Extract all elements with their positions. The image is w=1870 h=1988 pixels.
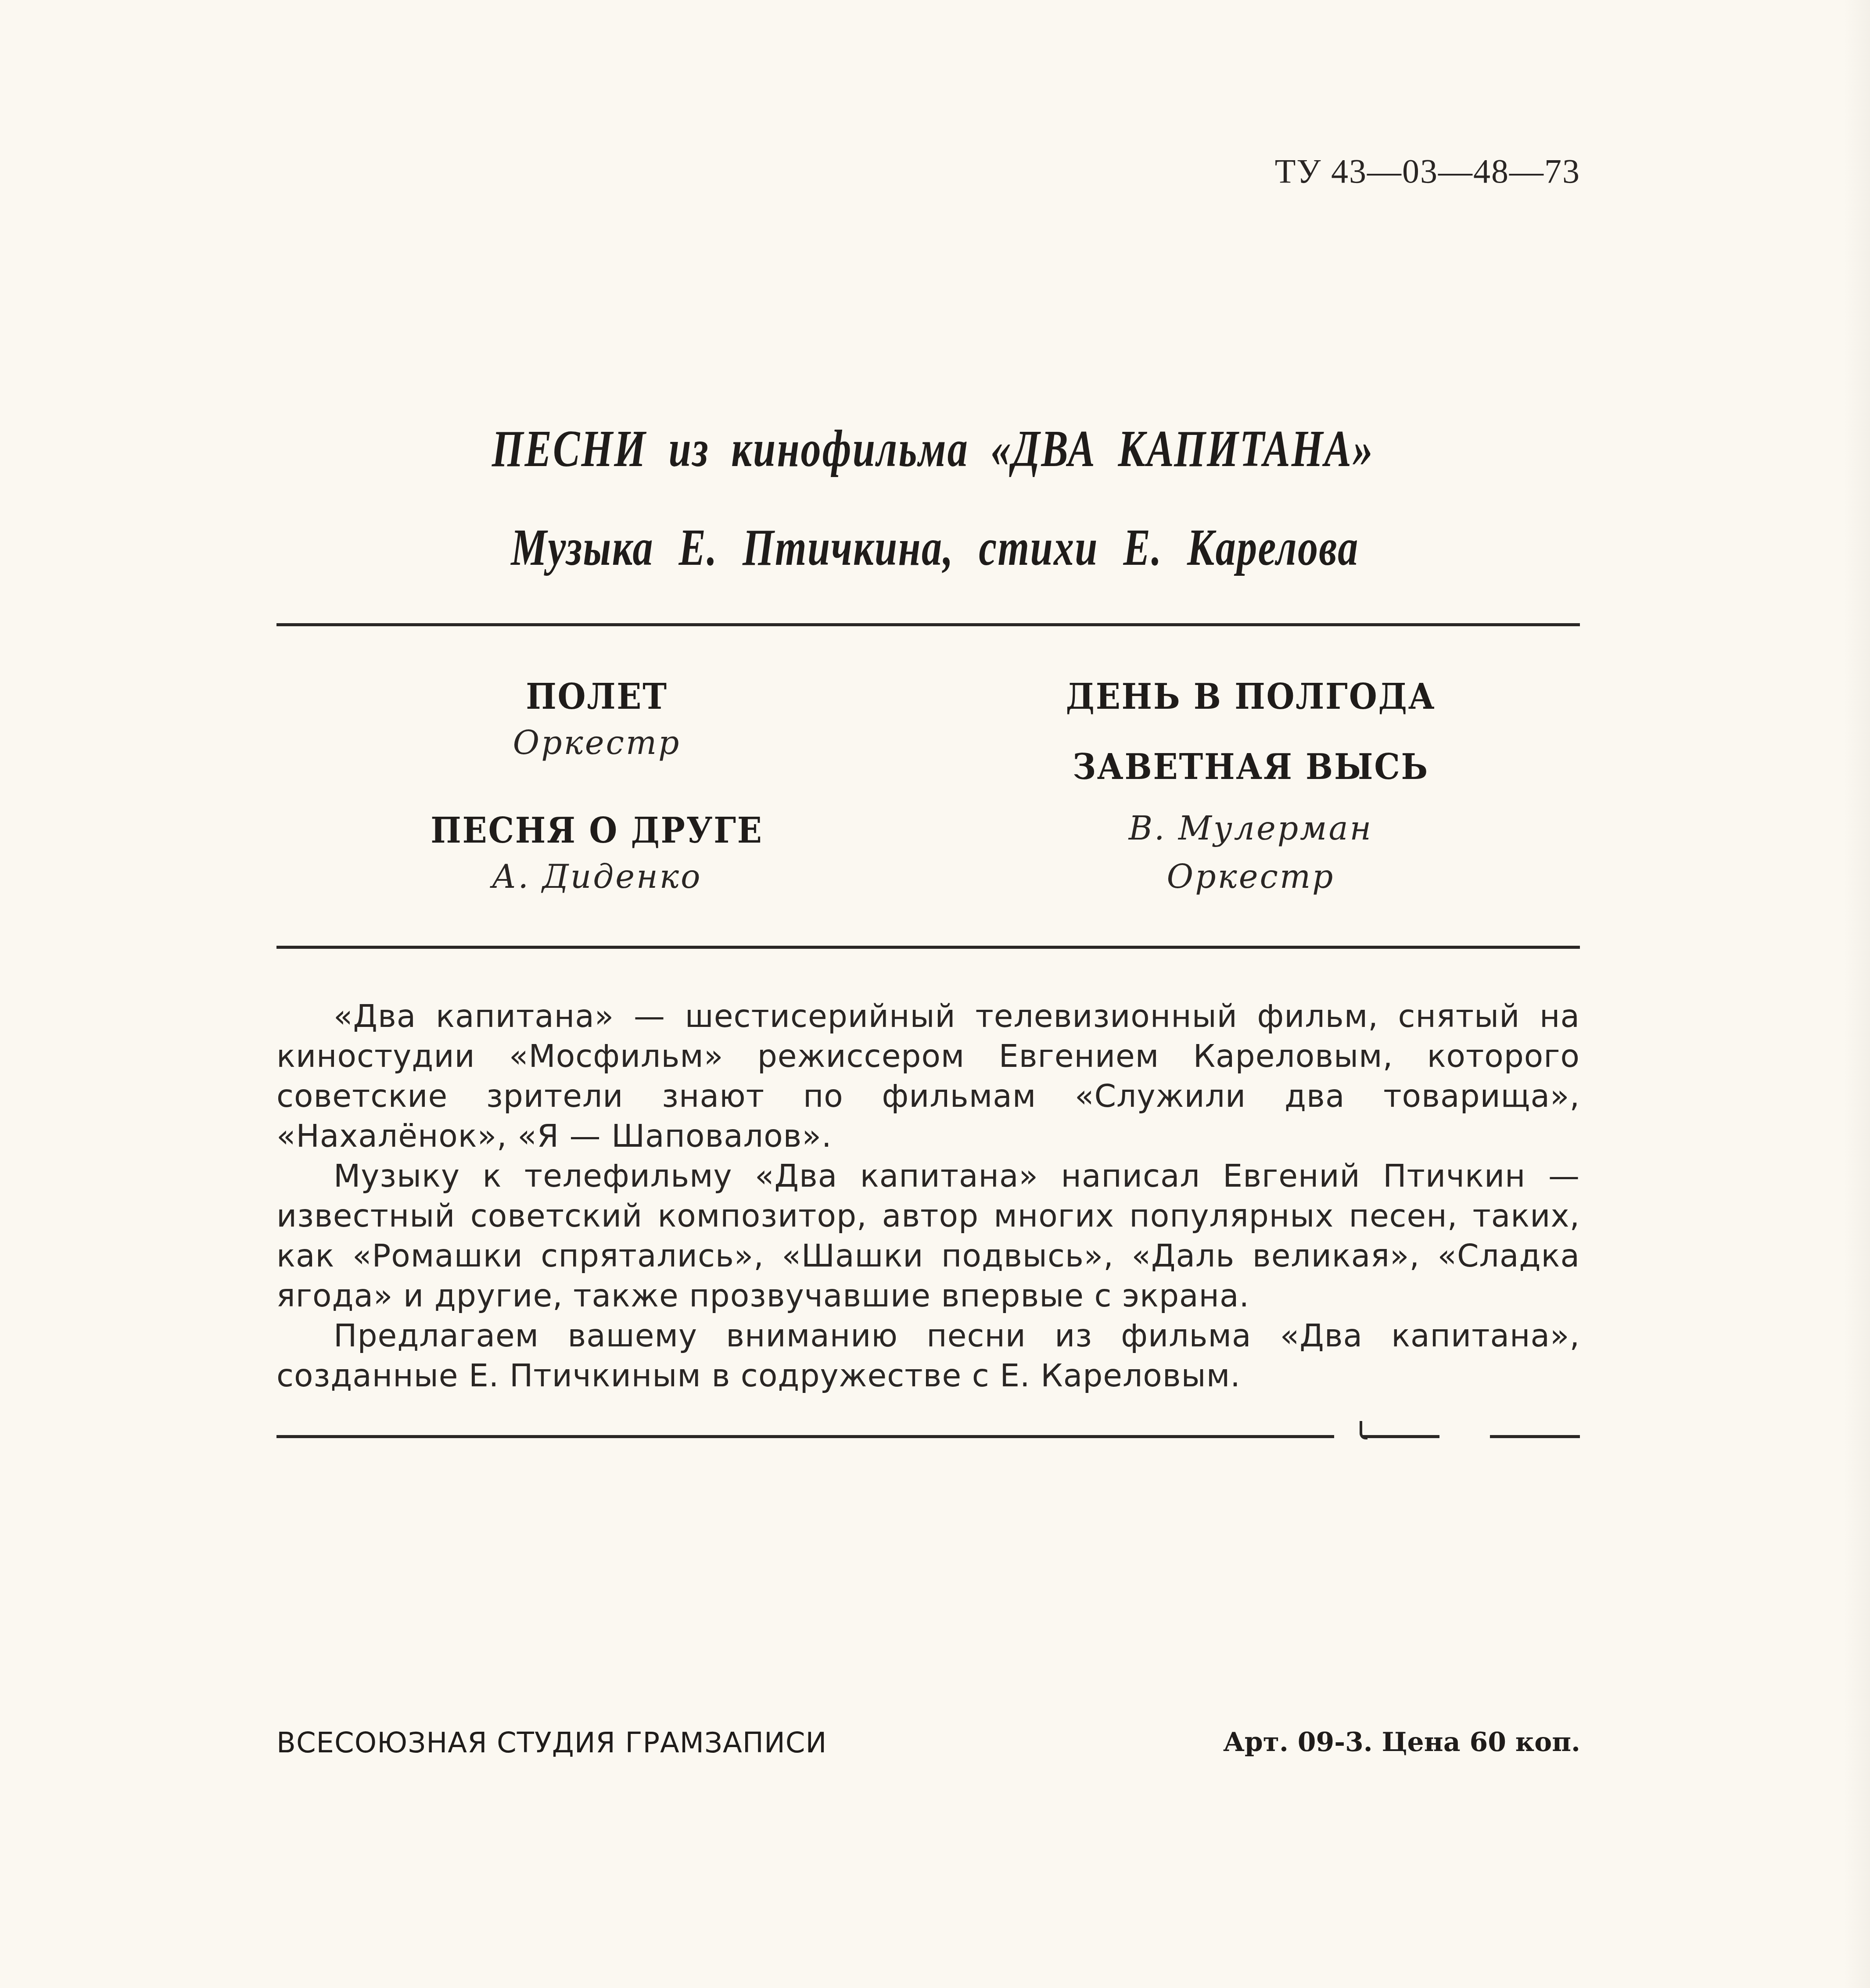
divider-bottom-segment [1490, 1435, 1580, 1438]
track-title-den-v-polgoda: ДЕНЬ В ПОЛГОДА [968, 676, 1533, 717]
track-performer: Оркестр [290, 724, 904, 762]
track-performer: А. Диденко [290, 858, 904, 896]
divider-bottom-segment [1363, 1435, 1439, 1438]
article-price: Арт. 09-3. Цена 60 коп. [1223, 1727, 1580, 1758]
standard-code: ТУ 43—03—48—73 [1275, 151, 1580, 191]
publisher-name: ВСЕСОЮЗНАЯ СТУДИЯ ГРАМЗАПИСИ [276, 1727, 827, 1759]
track-performer: В. Мулерман [944, 810, 1558, 847]
paper-edge-shadow [1844, 0, 1870, 1988]
paragraph: Предлагаем вашему вниманию песни из филь… [276, 1316, 1580, 1396]
album-credits: Музыка Е. Птичкина, стихи Е. Карелова [206, 518, 1665, 578]
track-performer: Оркестр [944, 858, 1558, 896]
track-title-polet: ПОЛЕТ [314, 676, 879, 717]
album-title: ПЕСНИ из кинофильма «ДВА КАПИТАНА» [204, 419, 1662, 479]
divider-middle [276, 946, 1580, 949]
description-text: «Два капитана» — шестисерийный телевизио… [276, 996, 1580, 1396]
track-title-zavetnaya-vys: ЗАВЕТНАЯ ВЫСЬ [968, 746, 1533, 787]
paragraph: Музыку к телефильму «Два капитана» напис… [276, 1156, 1580, 1316]
track-title-pesnya-o-druge: ПЕСНЯ О ДРУГЕ [314, 810, 879, 851]
divider-bottom [276, 1435, 1334, 1438]
paragraph: «Два капитана» — шестисерийный телевизио… [276, 996, 1580, 1156]
divider-top [276, 623, 1580, 626]
